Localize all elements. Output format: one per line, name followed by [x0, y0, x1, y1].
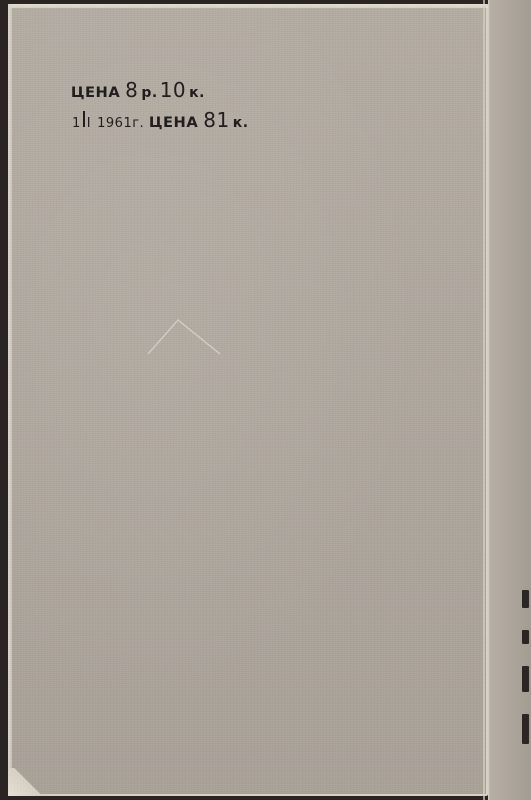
price-kopecks-unit: к.: [189, 86, 205, 100]
date-year: 1961г.: [97, 117, 144, 130]
top-edge-wear: [8, 4, 488, 8]
price-stamp: ЦЕНА 8 р. 10 к. 1 I 1961г. ЦЕНА 81 к.: [72, 80, 249, 130]
date-day: 1: [72, 117, 81, 130]
date-separator: [83, 111, 85, 127]
price-label: ЦЕНА: [71, 86, 120, 100]
new-price-kopecks-unit: к.: [233, 116, 249, 130]
revalued-price-line: 1 I 1961г. ЦЕНА 81 к.: [72, 110, 249, 130]
new-price-label: ЦЕНА: [149, 116, 198, 130]
bottom-left-corner-wear: [8, 768, 48, 796]
crease-mark: [146, 316, 226, 356]
price-kopecks: 10: [160, 80, 186, 100]
price-rubles: 8: [125, 80, 138, 100]
book-back-cover: ЦЕНА 8 р. 10 к. 1 I 1961г. ЦЕНА 81 к.: [8, 4, 488, 796]
original-price-line: ЦЕНА 8 р. 10 к.: [72, 80, 249, 100]
left-edge-wear: [8, 4, 12, 796]
spine-lettering-fragments: [522, 590, 531, 770]
spine-hinge-line: [483, 0, 485, 800]
new-price-kopecks: 81: [203, 110, 229, 130]
date-month: I: [87, 117, 91, 130]
price-rubles-unit: р.: [141, 86, 157, 100]
